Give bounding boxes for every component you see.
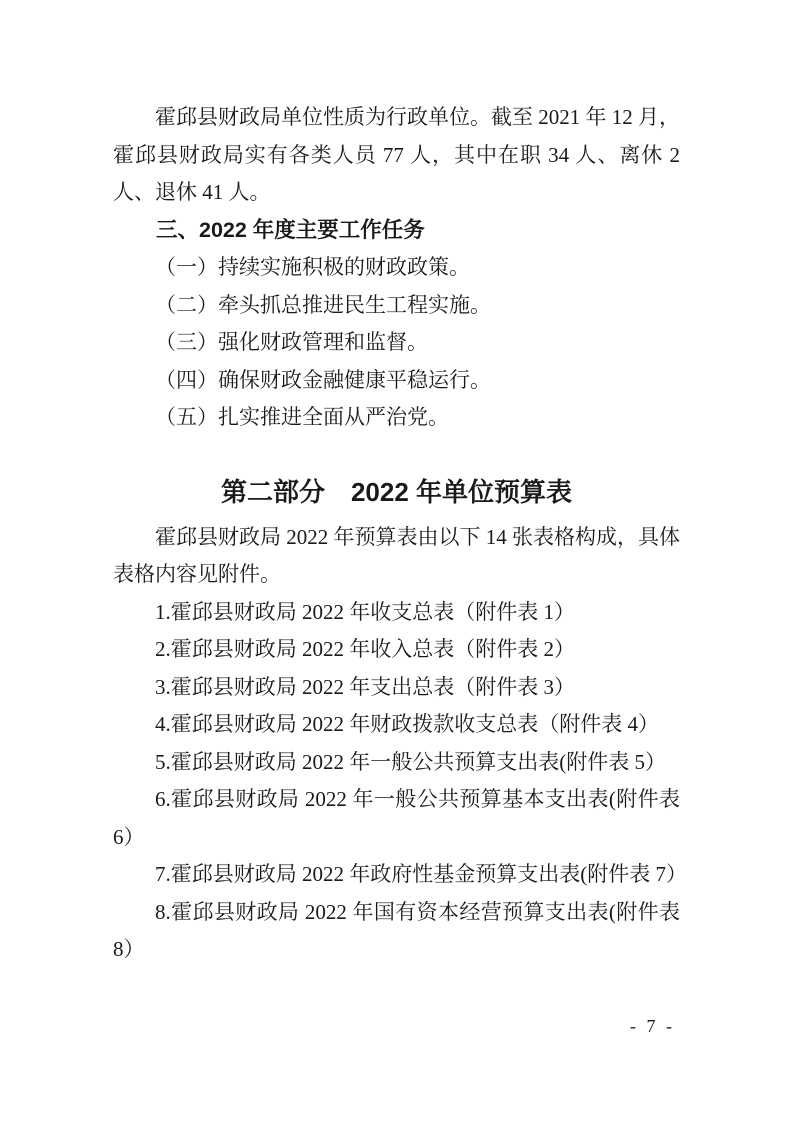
task-item-3: （三）强化财政管理和监督。 — [113, 324, 680, 362]
tasks-section-heading: 三、2022 年度主要工作任务 — [113, 212, 680, 250]
table-list-item-3: 3.霍邱县财政局 2022 年支出总表（附件表 3） — [113, 669, 680, 707]
task-item-5: （五）扎实推进全面从严治党。 — [113, 399, 680, 437]
table-list-item-5: 5.霍邱县财政局 2022 年一般公共预算支出表(附件表 5） — [113, 744, 680, 782]
document-content: 霍邱县财政局单位性质为行政单位。截至 2021 年 12 月，霍邱县财政局实有各… — [113, 99, 680, 969]
intro-paragraph: 霍邱县财政局单位性质为行政单位。截至 2021 年 12 月，霍邱县财政局实有各… — [113, 99, 680, 212]
part2-heading: 第二部分 2022 年单位预算表 — [113, 470, 680, 515]
part2-intro-paragraph: 霍邱县财政局 2022 年预算表由以下 14 张表格构成，具体表格内容见附件。 — [113, 519, 680, 594]
table-list-item-4: 4.霍邱县财政局 2022 年财政拨款收支总表（附件表 4） — [113, 706, 680, 744]
task-item-1: （一）持续实施积极的财政政策。 — [113, 249, 680, 287]
task-item-4: （四）确保财政金融健康平稳运行。 — [113, 362, 680, 400]
table-list-item-8: 8.霍邱县财政局 2022 年国有资本经营预算支出表(附件表 8） — [113, 894, 680, 969]
table-list-item-1: 1.霍邱县财政局 2022 年收支总表（附件表 1） — [113, 594, 680, 632]
table-list-item-2: 2.霍邱县财政局 2022 年收入总表（附件表 2） — [113, 631, 680, 669]
table-list-item-6: 6.霍邱县财政局 2022 年一般公共预算基本支出表(附件表 6） — [113, 781, 680, 856]
task-item-2: （二）牵头抓总推进民生工程实施。 — [113, 287, 680, 325]
table-list-item-7: 7.霍邱县财政局 2022 年政府性基金预算支出表(附件表 7） — [113, 856, 680, 894]
document-page: 霍邱县财政局单位性质为行政单位。截至 2021 年 12 月，霍邱县财政局实有各… — [0, 0, 793, 1122]
page-number: - 7 - — [630, 1014, 675, 1038]
